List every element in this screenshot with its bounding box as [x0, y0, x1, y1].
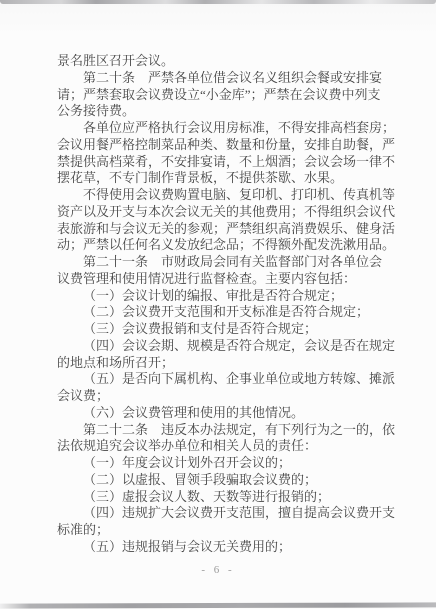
text-line: （五）违规报销与会议无关费用的； [57, 539, 395, 556]
scan-artifact-bottom [0, 602, 436, 608]
text-line: （六）会议费管理和使用的其他情况。 [57, 405, 395, 422]
text-line: 公务接待费。 [57, 103, 395, 120]
page-footer: - 6 - [0, 560, 436, 578]
text-line: 标准的； [57, 522, 395, 539]
text-line: （四）违规扩大会议费开支范围，擅自提高会议费开支 [57, 505, 395, 522]
text-line: 禁提供高档菜肴，不安排宴请，不上烟酒；会议会场一律不 [57, 154, 395, 171]
text-line: （三）会议费报销和支付是否符合规定； [57, 321, 395, 338]
page-number: - 6 - [201, 564, 234, 576]
text-line: 请；严禁套取会议费设立“小金库”；严禁在会议费中列支 [57, 87, 395, 104]
text-block: 景名胜区召开会议。第二十条 严禁各单位借会议名义组织会餐或安排宴请；严禁套取会议… [57, 53, 395, 556]
text-line: （四）会议会期、规模是否符合规定，会议是否在规定 [57, 338, 395, 355]
document-page: 景名胜区召开会议。第二十条 严禁各单位借会议名义组织会餐或安排宴请；严禁套取会议… [0, 0, 436, 609]
text-line: 法依规追究会议举办单位和相关人员的责任： [57, 438, 395, 455]
text-line: 议费管理和使用情况进行监督检查。主要内容包括： [57, 271, 395, 288]
text-line: （一）会议计划的编报、审批是否符合规定； [57, 288, 395, 305]
text-line: 动；严禁以任何名义发放纪念品；不得额外配发洗漱用品。 [57, 237, 395, 254]
text-line: 表旅游和与会议无关的参观；严禁组织高消费娱乐、健身活 [57, 221, 395, 238]
text-line: 会议用餐严格控制菜品种类、数量和份量，安排自助餐，严 [57, 137, 395, 154]
text-line: 第二十条 严禁各单位借会议名义组织会餐或安排宴 [57, 70, 395, 87]
text-line: 第二十二条 违反本办法规定，有下列行为之一的，依 [57, 422, 395, 439]
text-line: 不得使用会议费购置电脑、复印机、打印机、传真机等 [57, 187, 395, 204]
text-line: 景名胜区召开会议。 [57, 53, 395, 70]
text-line: （二）以虚报、冒领手段骗取会议费的； [57, 472, 395, 489]
text-line: （五）是否向下属机构、企事业单位或地方转嫁、摊派 [57, 371, 395, 388]
text-line: （一）年度会议计划外召开会议的； [57, 455, 395, 472]
scan-artifact-top [0, 0, 436, 4]
text-line: 资产以及开支与本次会议无关的其他费用；不得组织会议代 [57, 204, 395, 221]
text-line: 的地点和场所召开； [57, 355, 395, 372]
text-line: 摆花草，不专门制作背景板，不提供茶歇、水果。 [57, 170, 395, 187]
text-line: 各单位应严格执行会议用房标准，不得安排高档套房； [57, 120, 395, 137]
text-line: （二）会议费开支范围和开支标准是否符合规定； [57, 304, 395, 321]
text-line: （三）虚报会议人数、天数等进行报销的； [57, 489, 395, 506]
text-line: 第二十一条 市财政局会同有关监督部门对各单位会 [57, 254, 395, 271]
text-line: 会议费； [57, 388, 395, 405]
